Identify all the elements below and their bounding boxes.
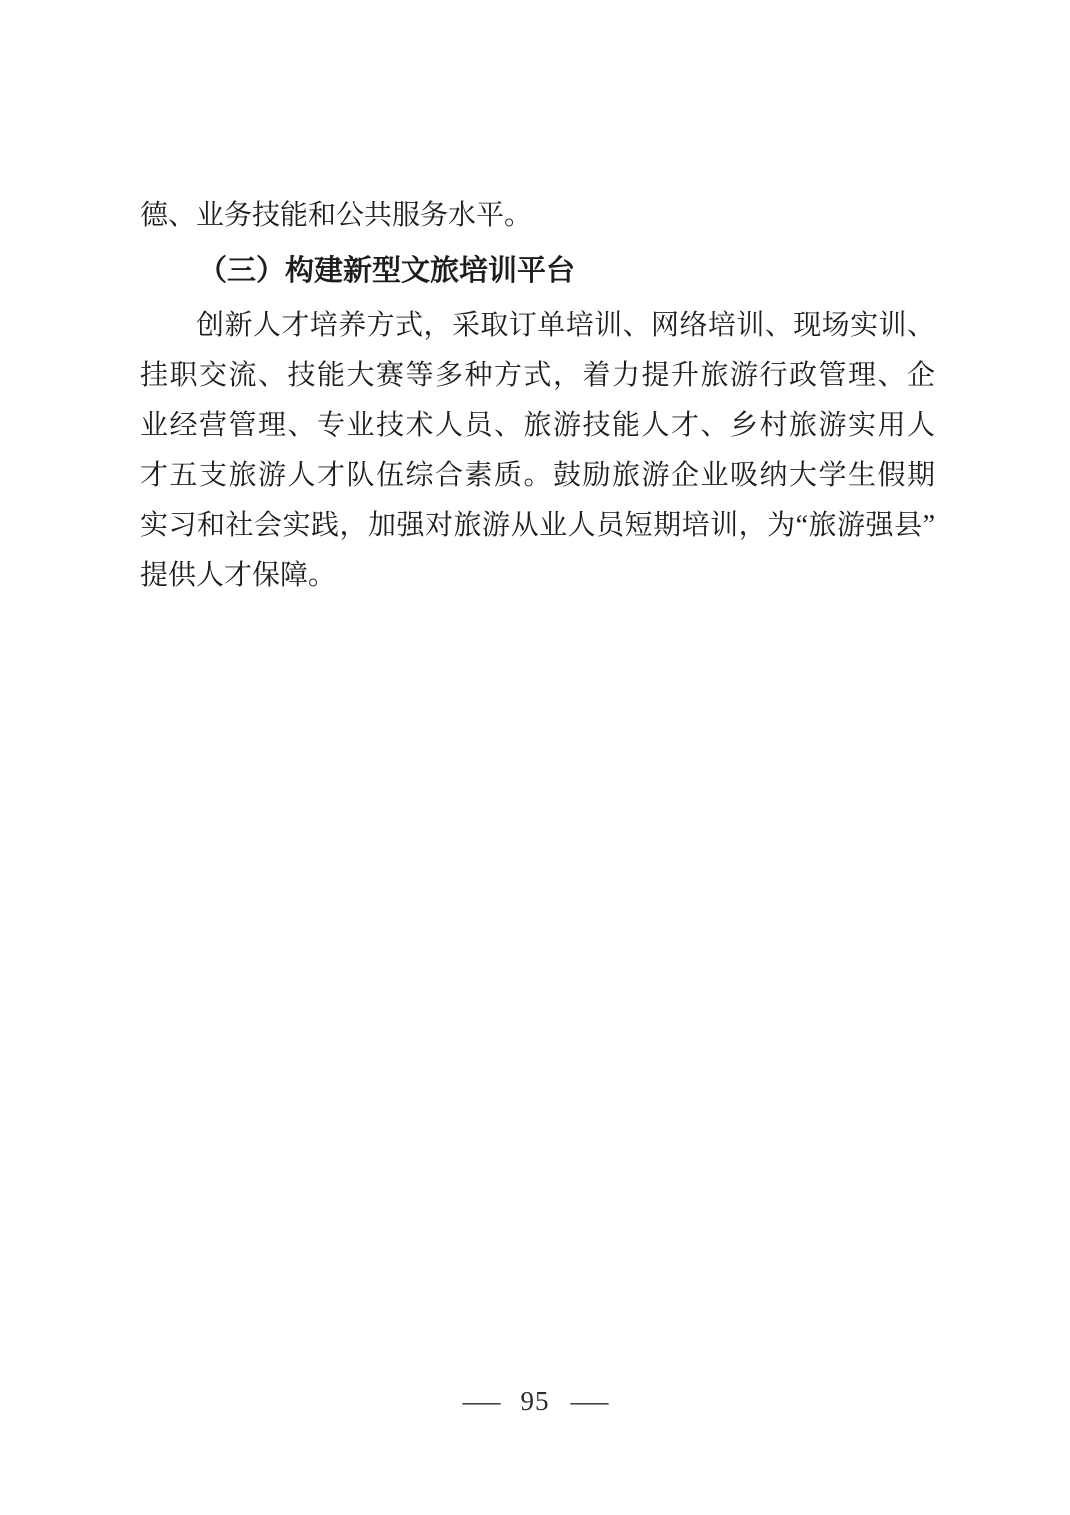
page-footer: —95— <box>0 1383 1070 1419</box>
paragraph-line: 提供人才保障。 <box>140 551 935 601</box>
paragraph-line: 才五支旅游人才队伍综合素质。鼓励旅游企业吸纳大学生假期 <box>140 451 935 501</box>
paragraph-line: 业经营管理、专业技术人员、旅游技能人才、乡村旅游实用人 <box>140 401 935 451</box>
section-heading: （三）构建新型文旅培训平台 <box>140 241 935 301</box>
paragraph-line: 挂职交流、技能大赛等多种方式，着力提升旅游行政管理、企 <box>140 351 935 401</box>
document-body: 德、业务技能和公共服务水平。 （三）构建新型文旅培训平台 创新人才培养方式，采取… <box>140 191 935 601</box>
paragraph-line: 创新人才培养方式，采取订单培训、网络培训、现场实训、 <box>140 301 935 351</box>
footer-right-dash: — <box>570 1383 608 1419</box>
page-number: 95 <box>521 1383 550 1419</box>
footer-left-dash: — <box>462 1383 500 1419</box>
paragraph-line: 实习和社会实践，加强对旅游从业人员短期培训，为“旅游强县” <box>140 501 935 551</box>
document-page: 德、业务技能和公共服务水平。 （三）构建新型文旅培训平台 创新人才培养方式，采取… <box>0 0 1070 1515</box>
paragraph-continuation-line: 德、业务技能和公共服务水平。 <box>140 191 935 241</box>
